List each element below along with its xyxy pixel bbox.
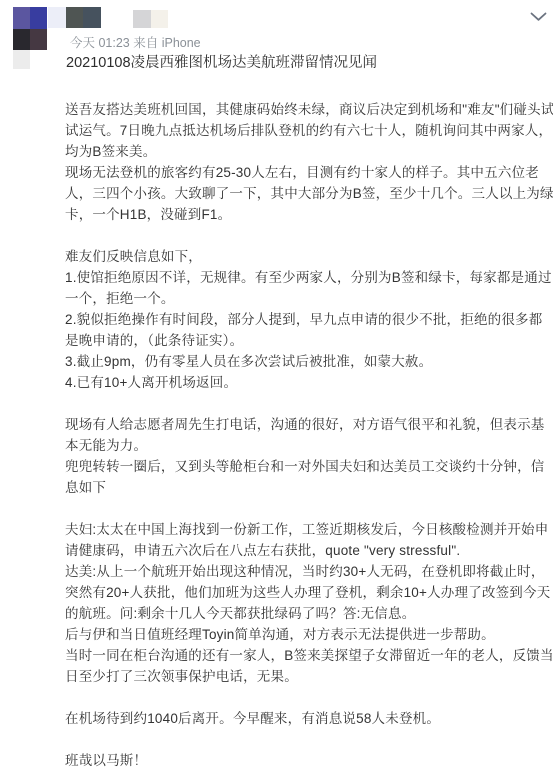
body-line: 3.截止9pm，仍有零星人员在多次尝试后被批准，如蒙大赦。 — [65, 351, 553, 372]
body-line: 的航班。问:剩余十几人今天都获批绿码了吗？答:无信息。 — [65, 603, 553, 624]
body-line: 是晚申请的，（此条待证实）。 — [65, 330, 553, 351]
mosaic-block — [13, 50, 30, 69]
body-line: 一个，拒绝一个。 — [65, 288, 553, 309]
post-body: 送吾友搭达美班机回国，其健康码始终未绿，商议后决定到机场和"难友"们碰头试试运气… — [65, 99, 553, 771]
body-line — [65, 393, 553, 414]
body-line: 均为B签来美。 — [65, 141, 553, 162]
body-line: 现场无法登机的旅客约有25-30人左右，目测有约十家人的样子。其中五六位老 — [65, 162, 553, 183]
post-timestamp: 今天 01:23 来自 iPhone — [70, 35, 201, 51]
body-line: 后与伊和当日值班经理Toyin简单沟通，对方表示无法提供进一步帮助。 — [65, 624, 553, 645]
body-line: 本无能为力。 — [65, 435, 553, 456]
body-line: 现场有人给志愿者周先生打电话，沟通的很好，对方语气很平和礼貌，但表示基 — [65, 414, 553, 435]
body-line: 4.已有10+人离开机场返回。 — [65, 372, 553, 393]
body-line — [65, 498, 553, 519]
mosaic-block — [48, 7, 66, 28]
weibo-post-card: 今天 01:23 来自 iPhone 20210108凌晨西雅图机场达美航班滞留… — [0, 0, 553, 775]
body-line: 卡，一个H1B，没碰到F1。 — [65, 204, 553, 225]
chevron-down-icon — [530, 12, 547, 22]
username[interactable] — [48, 7, 101, 28]
mosaic-block — [30, 29, 47, 50]
mosaic-block — [13, 29, 30, 50]
body-line: 1.使馆拒绝原因不详，无规律。有至少两家人，分别为B签和绿卡，每家都是通过 — [65, 267, 553, 288]
mosaic-block — [13, 7, 30, 29]
body-line: 班哉以马斯！ — [65, 750, 553, 771]
avatar[interactable] — [13, 7, 47, 69]
username-badge — [133, 10, 168, 28]
body-line: 当时一同在柜台沟通的还有一家人，B签来美探望子女滞留近一年的老人，反馈当 — [65, 645, 553, 666]
mosaic-block — [30, 50, 47, 69]
post-title: 20210108凌晨西雅图机场达美航班滞留情况见闻 — [66, 53, 377, 73]
body-line: 夫妇:太太在中国上海找到一份新工作，工签近期核发后，今日核酸检测并开始申 — [65, 519, 553, 540]
body-line: 在机场待到约1040后离开。今早醒来，有消息说58人未登机。 — [65, 708, 553, 729]
body-line: 难友们反映信息如下， — [65, 246, 553, 267]
body-line: 兜兜转转一圈后，又到头等舱柜台和一对外国夫妇和达美员工交谈约十分钟，信 — [65, 456, 553, 477]
mosaic-block — [83, 7, 101, 28]
body-line — [65, 687, 553, 708]
body-line: 人，三四个小孩。大致聊了一下，其中大部分为B签，至少十几个。三人以上为绿 — [65, 183, 553, 204]
body-line: 试运气。7日晚九点抵达机场后排队登机的约有六七十人，随机询问其中两家人， — [65, 120, 553, 141]
collapse-post-button[interactable] — [528, 9, 548, 25]
body-line: 请健康码，申请五六次后在八点左右获批，quote "very stressful… — [65, 540, 553, 561]
body-line — [65, 729, 553, 750]
mosaic-block — [30, 7, 47, 29]
body-line: 突然有20+人获批，他们加班为这些人办理了登机，剩余10+人办理了改签到今天 — [65, 582, 553, 603]
body-line: 日至少打了三次领事保护电话，无果。 — [65, 666, 553, 687]
mosaic-block — [66, 7, 84, 28]
body-line: 送吾友搭达美班机回国，其健康码始终未绿，商议后决定到机场和"难友"们碰头试 — [65, 99, 553, 120]
mosaic-block — [151, 10, 169, 28]
body-line — [65, 225, 553, 246]
mosaic-block — [133, 10, 151, 28]
body-line: 达美:从上一个航班开始出现这种情况，当时约30+人无码，在登机即将截止时， — [65, 561, 553, 582]
body-line: 2.貌似拒绝操作有时间段，部分人提到，早九点申请的很少不批，拒绝的很多都 — [65, 309, 553, 330]
body-line: 息如下 — [65, 477, 553, 498]
